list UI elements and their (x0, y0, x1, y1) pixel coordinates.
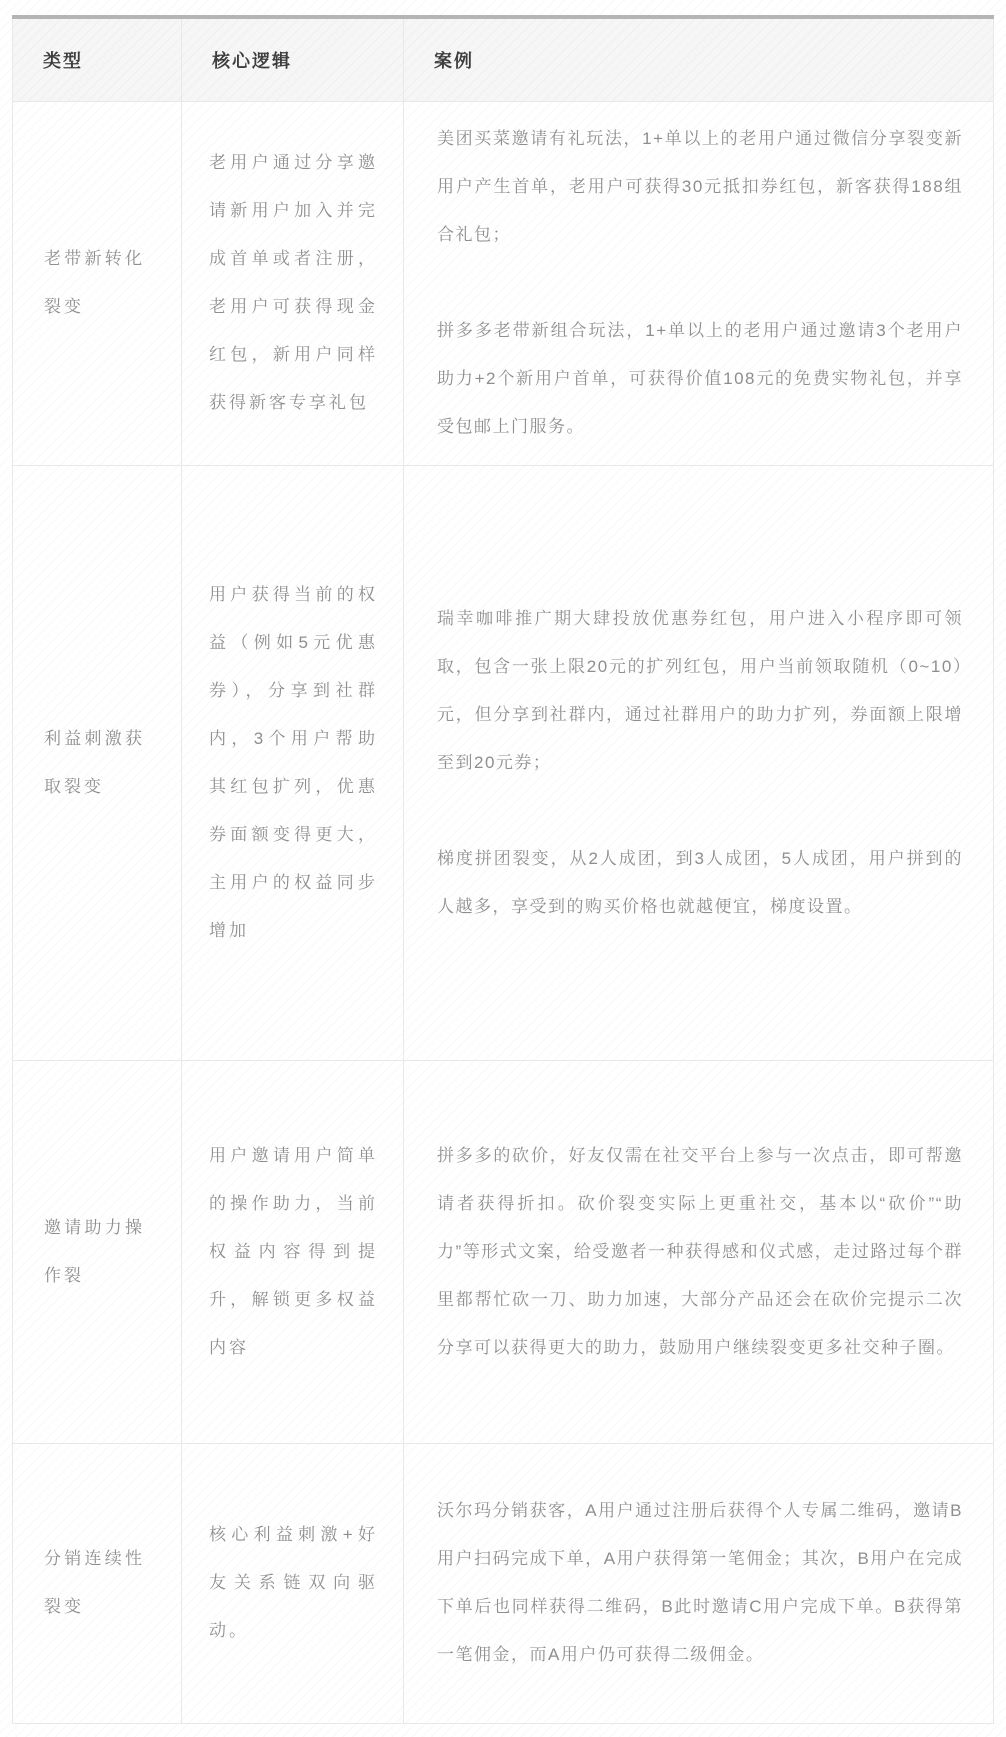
type-cell: 利益刺激获取裂变 (13, 465, 182, 1060)
header-row: 类型 核心逻辑 案例 (13, 17, 994, 101)
table-row: 利益刺激获取裂变 用户获得当前的权益（例如5元优惠券），分享到社群内，3个用户帮… (13, 465, 994, 1060)
table-row: 邀请助力操作裂 用户邀请用户简单的操作助力，当前权益内容得到提升，解锁更多权益内… (13, 1060, 994, 1443)
case-paragraph: 拼多多老带新组合玩法，1+单以上的老用户通过邀请3个老用户助力+2个新用户首单，… (437, 307, 963, 451)
logic-cell: 用户邀请用户简单的操作助力，当前权益内容得到提升，解锁更多权益内容 (182, 1060, 404, 1443)
case-cell: 瑞幸咖啡推广期大肆投放优惠券红包，用户进入小程序即可领取，包含一张上限20元的扩… (404, 465, 994, 1060)
case-paragraph: 美团买菜邀请有礼玩法，1+单以上的老用户通过微信分享裂变新用户产生首单，老用户可… (437, 115, 963, 259)
column-header-case: 案例 (404, 17, 994, 101)
case-cell: 美团买菜邀请有礼玩法，1+单以上的老用户通过微信分享裂变新用户产生首单，老用户可… (404, 101, 994, 465)
case-paragraph: 沃尔玛分销获客，A用户通过注册后获得个人专属二维码，邀请B用户扫码完成下单，A用… (437, 1487, 963, 1679)
logic-cell: 用户获得当前的权益（例如5元优惠券），分享到社群内，3个用户帮助其红包扩列，优惠… (182, 465, 404, 1060)
case-paragraph: 瑞幸咖啡推广期大肆投放优惠券红包，用户进入小程序即可领取，包含一张上限20元的扩… (437, 595, 963, 787)
case-cell: 拼多多的砍价，好友仅需在社交平台上参与一次点击，即可帮邀请者获得折扣。砍价裂变实… (404, 1060, 994, 1443)
case-paragraph: 梯度拼团裂变，从2人成团，到3人成团，5人成团，用户拼到的人越多，享受到的购买价… (437, 835, 963, 931)
type-cell: 分销连续性裂变 (13, 1443, 182, 1723)
table-row: 老带新转化裂变 老用户通过分享邀请新用户加入并完成首单或者注册，老用户可获得现金… (13, 101, 994, 465)
column-header-type: 类型 (13, 17, 182, 101)
case-cell: 沃尔玛分销获客，A用户通过注册后获得个人专属二维码，邀请B用户扫码完成下单，A用… (404, 1443, 994, 1723)
case-paragraph: 拼多多的砍价，好友仅需在社交平台上参与一次点击，即可帮邀请者获得折扣。砍价裂变实… (437, 1132, 963, 1372)
fission-types-table: 类型 核心逻辑 案例 老带新转化裂变 老用户通过分享邀请新用户加入并完成首单或者… (12, 15, 994, 1724)
logic-cell: 核心利益刺激+好友关系链双向驱动。 (182, 1443, 404, 1723)
fission-types-table-container: 类型 核心逻辑 案例 老带新转化裂变 老用户通过分享邀请新用户加入并完成首单或者… (12, 15, 993, 1724)
table-row: 分销连续性裂变 核心利益刺激+好友关系链双向驱动。 沃尔玛分销获客，A用户通过注… (13, 1443, 994, 1723)
column-header-logic: 核心逻辑 (182, 17, 404, 101)
logic-cell: 老用户通过分享邀请新用户加入并完成首单或者注册，老用户可获得现金红包，新用户同样… (182, 101, 404, 465)
type-cell: 老带新转化裂变 (13, 101, 182, 465)
type-cell: 邀请助力操作裂 (13, 1060, 182, 1443)
